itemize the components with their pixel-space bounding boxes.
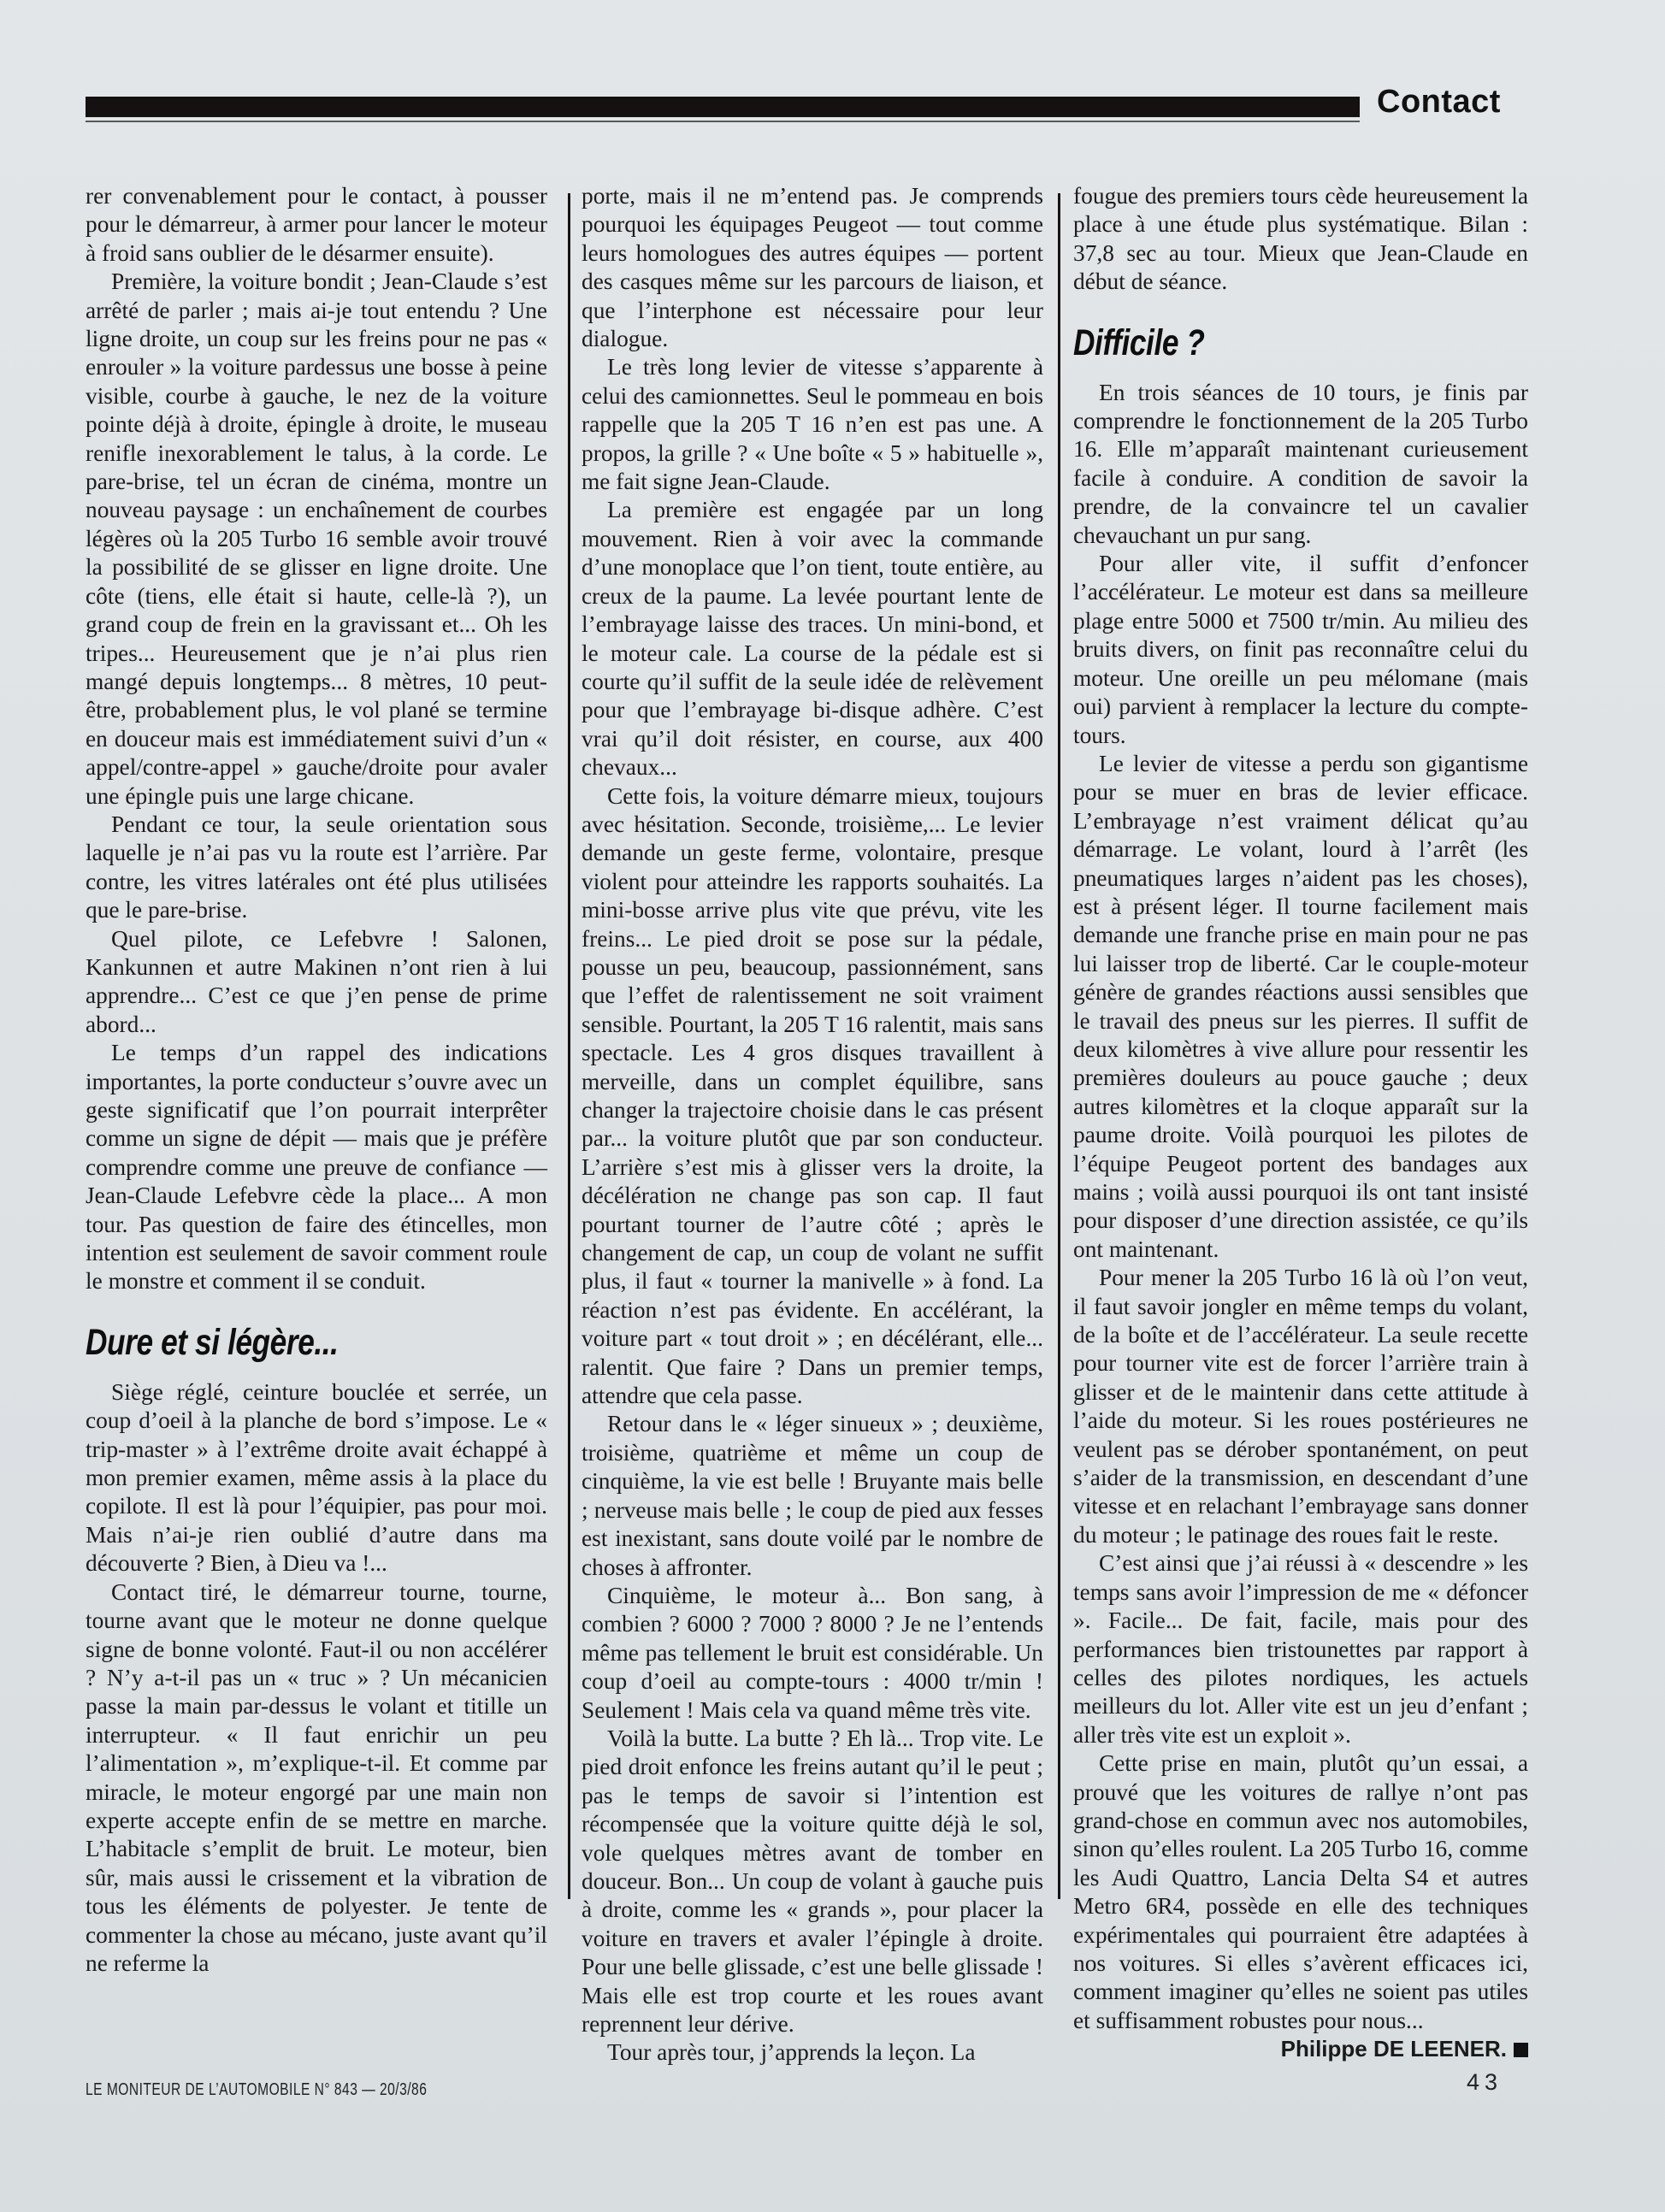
paragraph: Contact tiré, le démarreur tourne, tourn… [86,1578,547,1979]
author-signature: Philippe DE LEENER. [1281,2035,1528,2063]
paragraph: Voilà la butte. La butte ? Eh là... Trop… [582,1725,1043,2038]
paragraph: Le très long levier de vitesse s’apparen… [582,353,1043,496]
paragraph: Quel pilote, ce Lefebvre ! Salonen, Kank… [86,925,547,1040]
header-rule [86,121,1360,122]
paragraph: Pendant ce tour, la seule orientation so… [86,811,547,925]
paragraph: En trois séances de 10 tours, je finis p… [1073,379,1528,550]
paragraph: Cette fois, la voiture démarre mieux, to… [582,782,1043,1411]
paragraph: Première, la voiture bondit ; Jean-Claud… [86,268,547,811]
paragraph: Cinquième, le moteur à... Bon sang, à co… [582,1582,1043,1725]
paragraph: porte, mais il ne m’entend pas. Je compr… [582,182,1043,353]
subheading: Dure et si légère... [86,1322,464,1363]
subheading: Difficile ? [1073,322,1446,363]
paragraph: rer convenablement pour le contact, à po… [86,182,547,268]
publication-footer: LE MONITEUR DE L’AUTOMOBILE N° 843 — 20/… [86,2080,427,2100]
author-name: Philippe DE LEENER. [1281,2036,1507,2062]
paragraph: Cette prise en main, plutôt qu’un essai,… [1073,1749,1528,2035]
column-divider [1058,193,1060,1899]
paragraph: Le levier de vitesse a perdu son giganti… [1073,750,1528,1264]
paragraph: Tour après tour, j’apprends la leçon. La [582,2038,1043,2067]
paragraph: La première est engagée par un long mouv… [582,496,1043,782]
paragraph: Pour aller vite, il suffit d’enfoncer l’… [1073,550,1528,750]
article-column-3: fougue des premiers tours cède heureusem… [1073,182,1528,2064]
paragraph: Pour mener la 205 Turbo 16 là où l’on ve… [1073,1264,1528,1549]
paragraph: fougue des premiers tours cède heureusem… [1073,182,1528,297]
column-divider [568,193,570,1899]
paragraph: Le temps d’un rappel des indications imp… [86,1039,547,1296]
paragraph: Siège réglé, ceinture bouclée et serrée,… [86,1378,547,1578]
article-column-1: rer convenablement pour le contact, à po… [86,182,547,1978]
end-of-article-square-icon [1514,2043,1528,2057]
article-column-2: porte, mais il ne m’entend pas. Je compr… [582,182,1043,2067]
paragraph: Retour dans le « léger sinueux » ; deuxi… [582,1410,1043,1581]
section-tag: Contact [1377,84,1501,121]
header-bar [86,97,1360,117]
paragraph: C’est ainsi que j’ai réussi à « descendr… [1073,1549,1528,1749]
magazine-page: Contact rer convenablement pour le conta… [0,0,1665,2212]
page-number: 43 [1467,2069,1503,2096]
